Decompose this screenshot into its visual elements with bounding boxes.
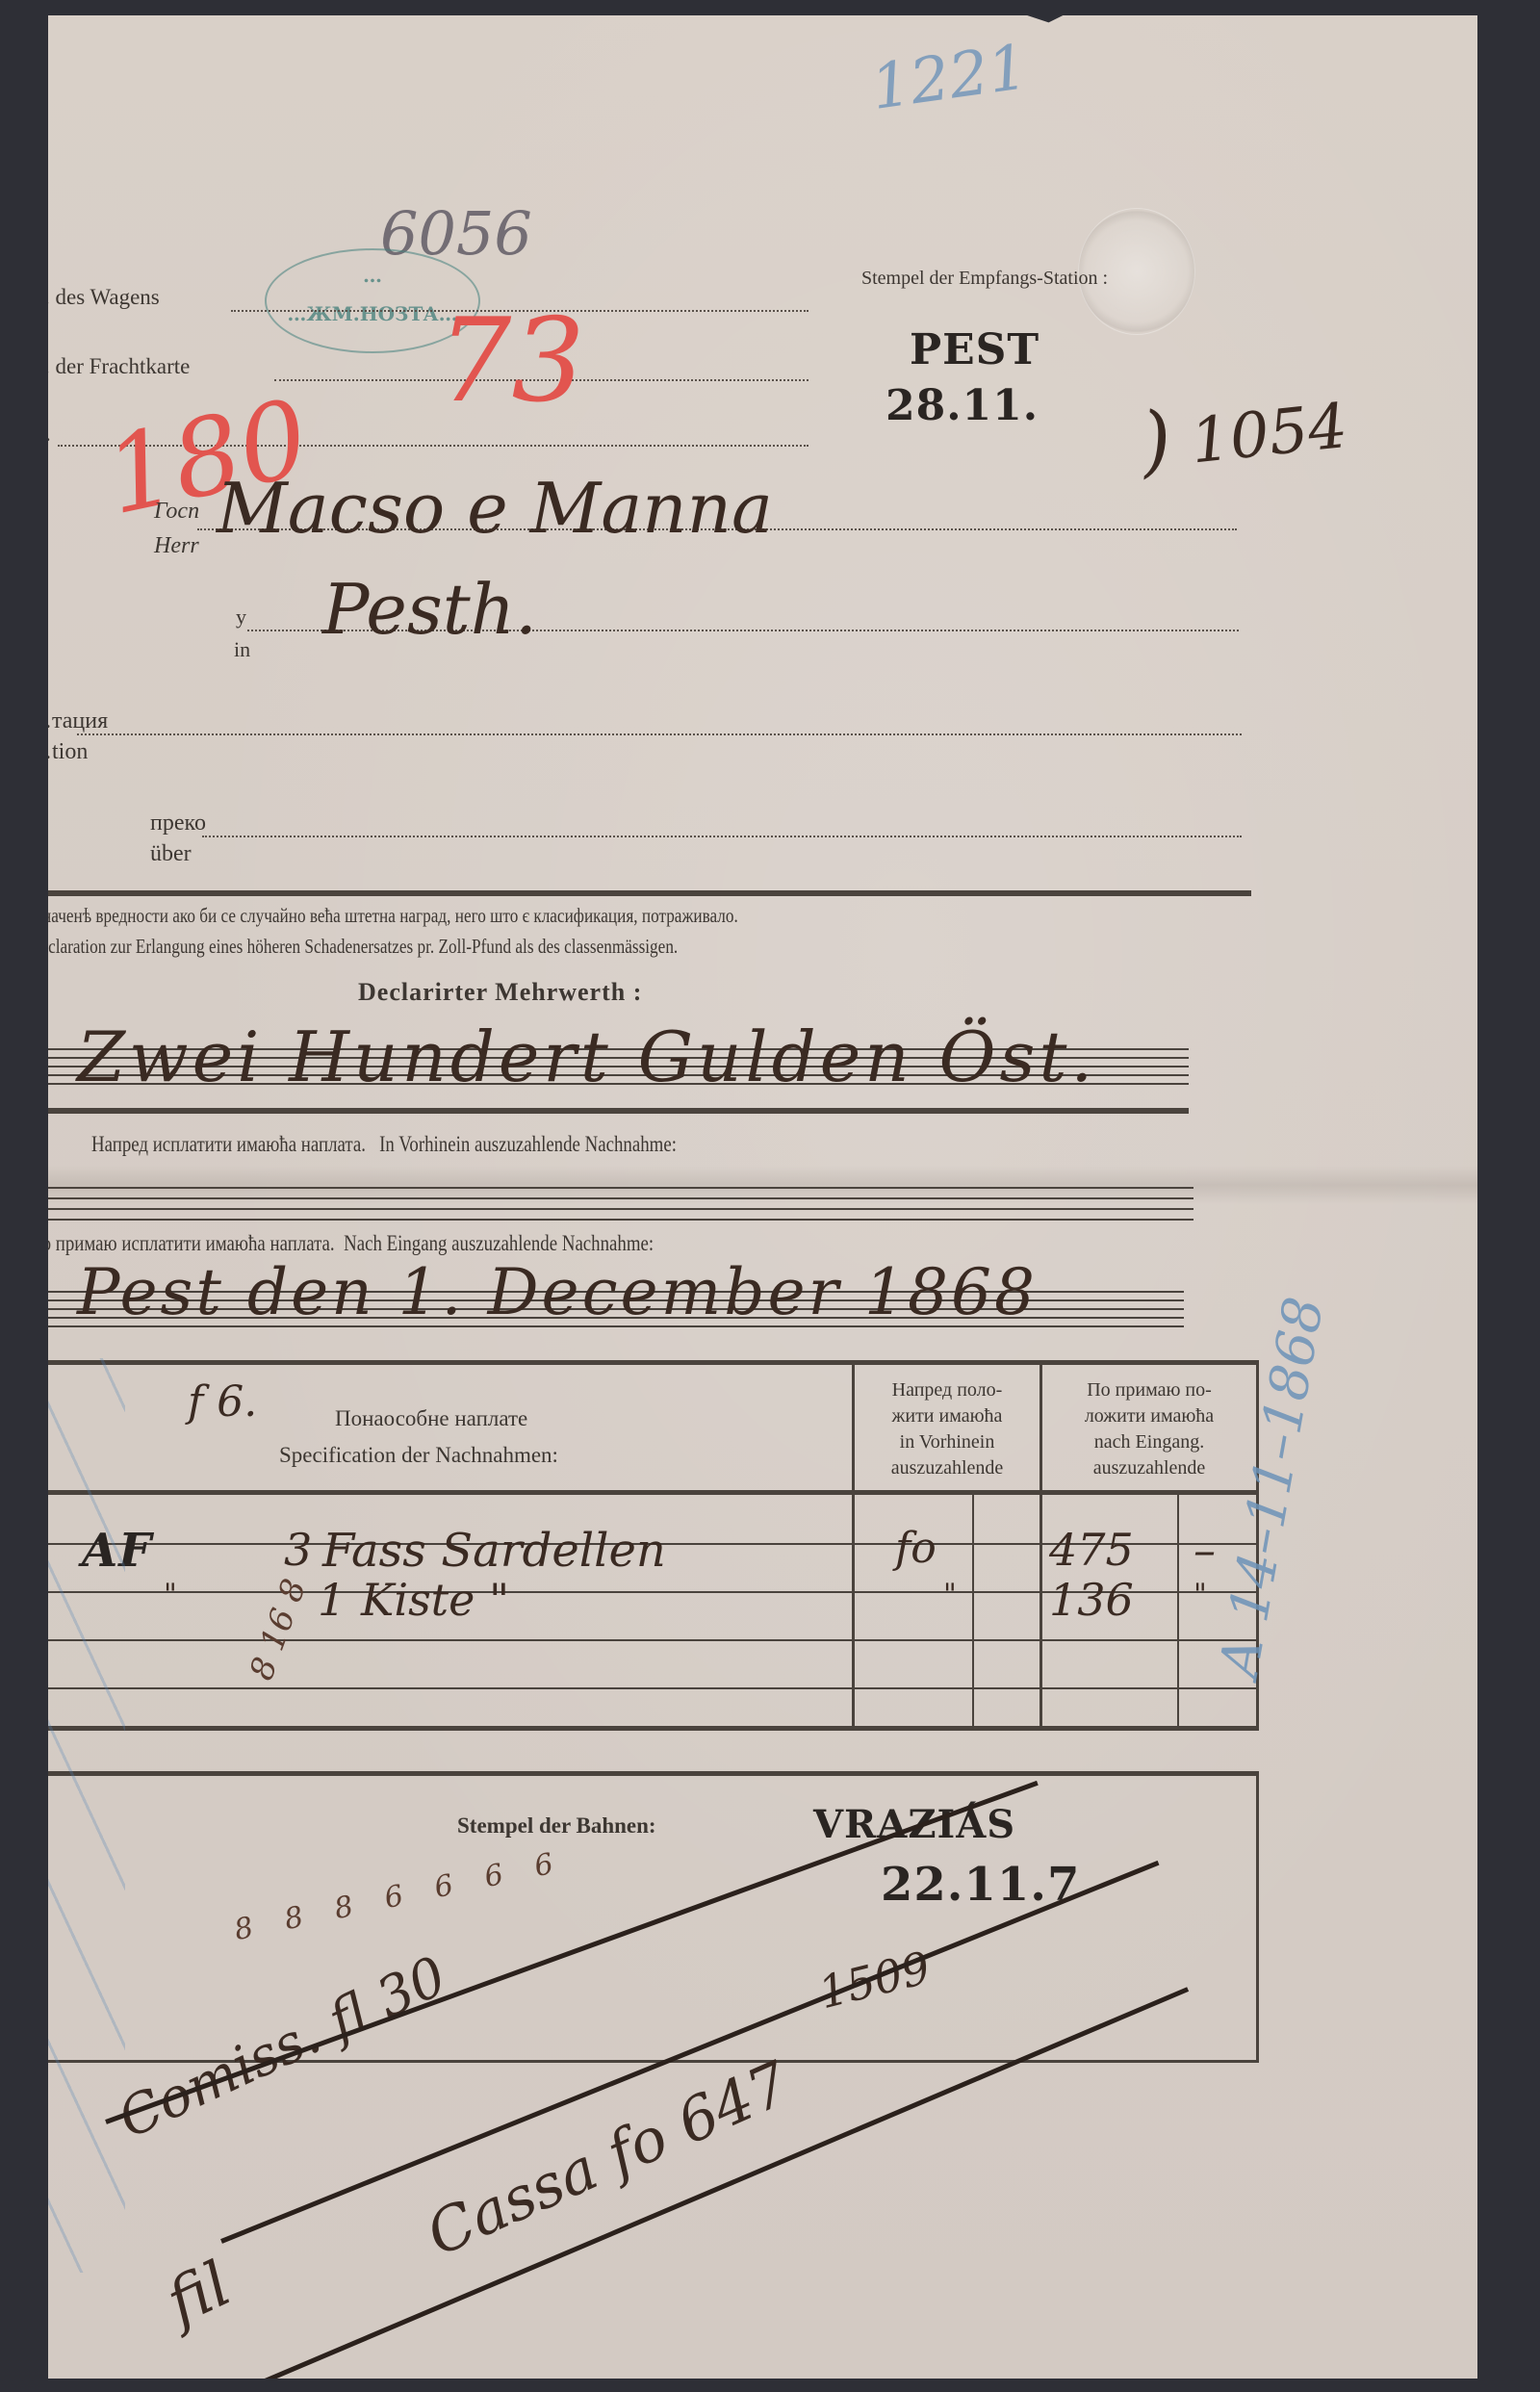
wagen-label: . des Wagens [44,285,160,310]
ruled-line [29,1197,1193,1199]
via-field[interactable] [202,836,1242,837]
table-row: " 1 Kiste " " 136 " [29,1574,1259,1627]
declaration-line-german: Declaration zur Erlangung eines höheren … [29,935,820,959]
declared-value-handwritten[interactable]: Zwei Hundert Gulden Öst. [77,1016,1096,1097]
addressee-label-cyrillic: Госп [154,499,199,525]
specification-table: f 6. Понаособне наплате Specification de… [29,1360,1259,1726]
via-label-cyrillic: преко [150,810,206,836]
after-cod-label: По примаю исплатити имаюћа наплата. Nach… [29,1231,791,1256]
tally-figures: 8886666 [231,1840,588,1948]
third-label: s. [37,422,51,447]
ink-reference-number: ) 1054 [1137,375,1351,486]
ruled-line [29,1219,1193,1221]
station-label-german: …tion [29,739,88,765]
spec-heading-cyrillic: Понаособне наплате [335,1406,527,1431]
ruled-line [29,1187,1193,1189]
station-label-cyrillic: …тация [29,708,108,734]
declared-value-heading: Declarirter Mehrwerth : [358,978,642,1007]
spec-heading-german: Specification der Nachnahmen: [279,1443,558,1468]
receiving-stamp-city: PEST [910,325,1039,374]
addressee-name: Macso e Manna [217,468,773,549]
col-header-after: По примаю по- ложити имаюћа nach Eingang… [1042,1377,1256,1481]
addressee-city: Pesth. [322,569,537,650]
left-margin-blue-scribbles [48,1358,125,2273]
section-divider [29,890,1251,896]
receiving-stamp-date: 28.11. [885,381,1039,430]
via-label-german: über [150,841,192,867]
section-divider [29,1108,1189,1114]
col-header-advance: Напред поло- жити имаюћа in Vorhinein au… [855,1377,1039,1481]
red-pencil-number-right: 73 [438,295,585,428]
railway-stamps-box: Stempel der Bahnen: VRAZIÁS 22.11.7 8886… [29,1771,1259,2062]
blue-pencil-number: 1221 [867,32,1033,124]
commission-line: Comiss. fl 30 [109,1944,455,2150]
railway-stamps-label: Stempel der Bahnen: [457,1813,656,1839]
receiving-station-label: Stempel der Empfangs-Station : [861,268,1108,290]
addressee-label-german: Herr [154,533,199,559]
station-field[interactable] [77,733,1242,735]
fil-label: fil [156,2249,242,2339]
frachtkarte-label: . der Frachtkarte [44,354,190,379]
cod-date-handwritten[interactable]: Pest den 1. December 1868 [77,1255,1038,1329]
row-marker: f 6. [188,1377,257,1427]
advance-cod-label: Напред исплатити имаюћа наплата. In Vorh… [91,1132,805,1157]
declaration-line-cyrillic: …значенѣ вредности ако би се случайно ве… [19,904,896,928]
freight-document: 1221 6056 … …ЖМ.НОЗТА… . des Wagens . de… [48,15,1477,2379]
city-label-cyrillic: у [236,604,246,630]
ruled-line [29,1208,1193,1210]
city-label-german: in [234,637,250,662]
table-row: AF 3 Fass Sardellen fo 475 – [29,1524,1259,1577]
